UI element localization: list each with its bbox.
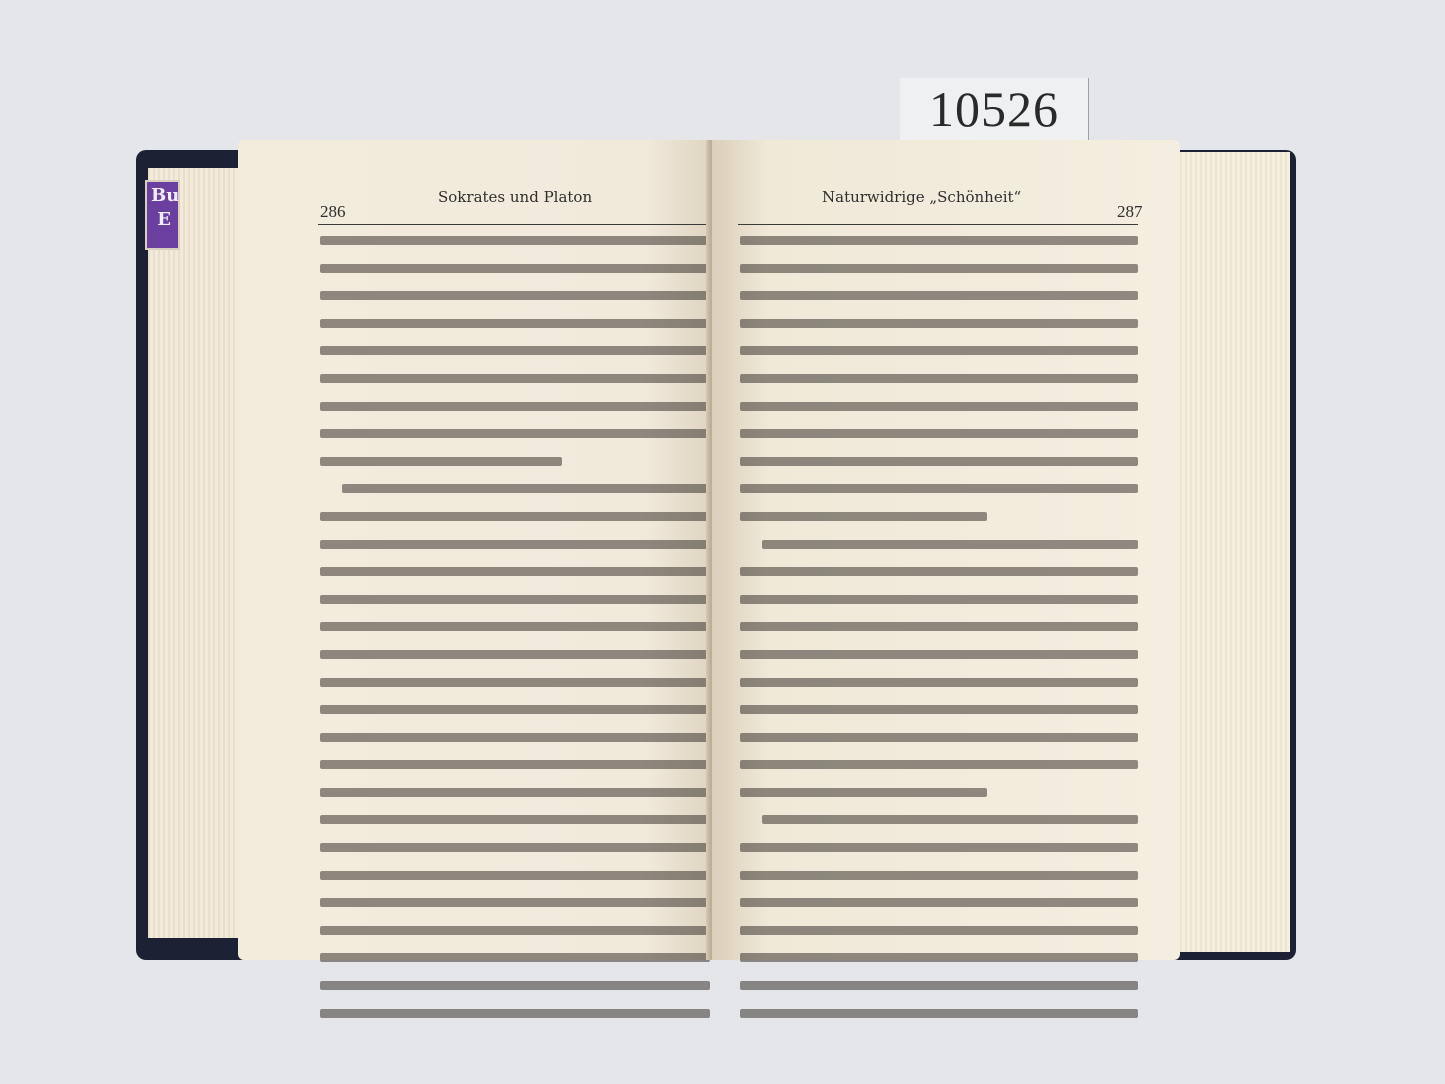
text-line bbox=[320, 733, 710, 742]
text-line bbox=[320, 815, 710, 824]
text-line bbox=[320, 457, 562, 466]
text-line bbox=[320, 622, 710, 631]
text-line bbox=[740, 843, 1138, 852]
left-body-text bbox=[320, 236, 710, 1036]
library-spine-label: Bu E bbox=[145, 180, 180, 250]
text-line bbox=[320, 981, 710, 990]
text-line bbox=[320, 926, 710, 935]
text-line bbox=[740, 733, 1138, 742]
text-line bbox=[740, 760, 1138, 769]
text-line bbox=[740, 788, 987, 797]
right-page-number: 287 bbox=[1117, 202, 1143, 222]
text-line bbox=[740, 484, 1138, 493]
text-line bbox=[740, 512, 987, 521]
text-line bbox=[320, 953, 710, 962]
right-page: Naturwidrige „Schönheit“ 287 Dense Frakt… bbox=[712, 140, 1180, 960]
text-line bbox=[740, 402, 1138, 411]
text-line bbox=[320, 512, 710, 521]
text-line bbox=[320, 429, 710, 438]
text-line bbox=[740, 595, 1138, 604]
text-line bbox=[740, 705, 1138, 714]
text-line bbox=[342, 484, 710, 493]
text-line bbox=[762, 815, 1138, 824]
text-line bbox=[320, 871, 710, 880]
text-line bbox=[320, 540, 710, 549]
text-line bbox=[740, 429, 1138, 438]
text-line bbox=[740, 374, 1138, 383]
text-line bbox=[320, 760, 710, 769]
text-line bbox=[320, 374, 710, 383]
left-page-number: 286 bbox=[320, 202, 346, 222]
text-line bbox=[740, 678, 1138, 687]
text-line bbox=[320, 236, 710, 245]
right-running-head: Naturwidrige „Schönheit“ bbox=[822, 188, 1021, 206]
text-line bbox=[740, 291, 1138, 300]
text-line bbox=[740, 871, 1138, 880]
page-edges-left bbox=[148, 168, 238, 938]
text-line bbox=[740, 319, 1138, 328]
text-line bbox=[320, 567, 710, 576]
right-body-text bbox=[740, 236, 1138, 1036]
text-line bbox=[320, 346, 710, 355]
text-line bbox=[320, 1009, 710, 1018]
text-line bbox=[740, 926, 1138, 935]
text-line bbox=[320, 264, 710, 273]
left-header-rule bbox=[318, 224, 710, 225]
text-line bbox=[740, 264, 1138, 273]
text-line bbox=[740, 953, 1138, 962]
text-line bbox=[320, 788, 710, 797]
text-line bbox=[320, 843, 710, 852]
text-line bbox=[320, 291, 710, 300]
text-line bbox=[320, 319, 710, 328]
text-line bbox=[740, 567, 1138, 576]
text-line bbox=[740, 622, 1138, 631]
text-line bbox=[320, 898, 710, 907]
left-running-head: Sokrates und Platon bbox=[438, 188, 592, 206]
text-line bbox=[320, 705, 710, 714]
text-line bbox=[740, 346, 1138, 355]
text-line bbox=[320, 595, 710, 604]
text-line bbox=[320, 678, 710, 687]
inventory-number-tag: 10526 bbox=[900, 78, 1089, 140]
text-line bbox=[740, 898, 1138, 907]
text-line bbox=[740, 236, 1138, 245]
right-header-rule bbox=[738, 224, 1138, 225]
text-line bbox=[740, 1009, 1138, 1018]
text-line bbox=[740, 457, 1138, 466]
text-line bbox=[740, 650, 1138, 659]
inventory-number: 10526 bbox=[929, 80, 1059, 138]
text-line bbox=[740, 981, 1138, 990]
page-edges-right bbox=[1180, 152, 1290, 952]
left-page: 286 Sokrates und Platon Dense Fraktur bo… bbox=[238, 140, 716, 960]
text-line bbox=[320, 402, 710, 411]
text-line bbox=[320, 650, 710, 659]
text-line bbox=[762, 540, 1138, 549]
